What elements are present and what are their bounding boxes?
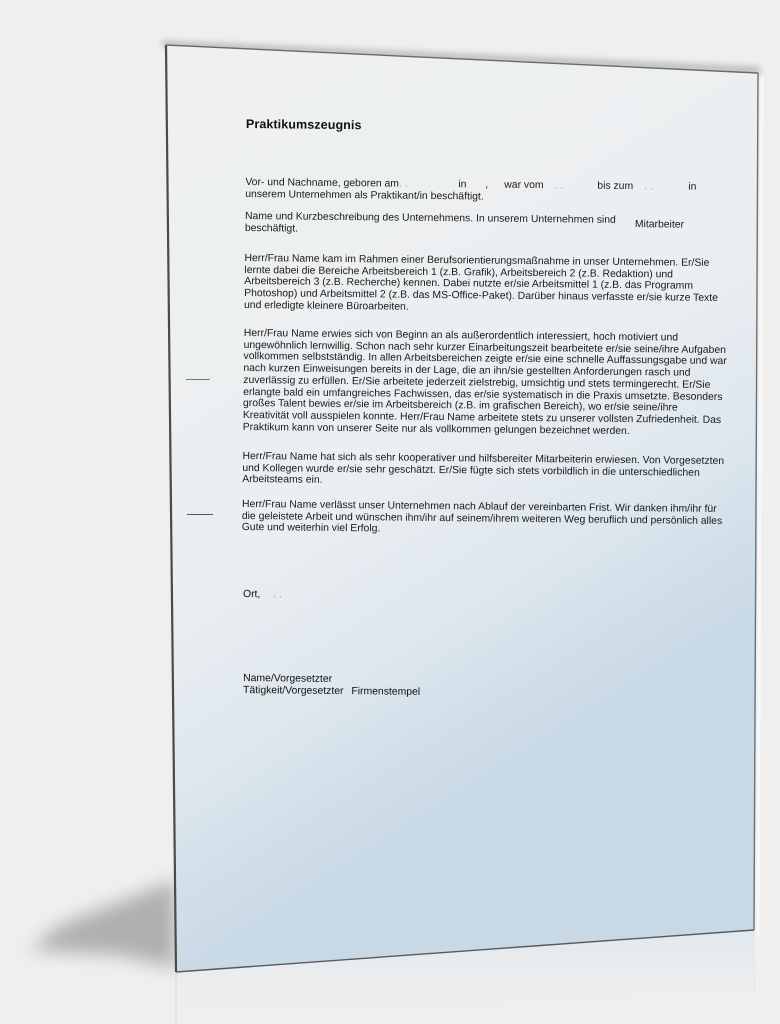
- intro-text-b: in: [458, 179, 466, 191]
- end-date-placeholder: . .: [644, 181, 653, 193]
- intro-text-d: bis zum: [597, 181, 633, 193]
- document-content: Praktikumszeugnis Vor- und Nachname, geb…: [0, 0, 780, 1024]
- document-preview: Praktikumszeugnis Vor- und Nachname, geb…: [0, 0, 780, 1024]
- intro-text-c: war vom: [504, 180, 543, 192]
- social-paragraph: Herr/Frau Name hat sich als sehr koopera…: [242, 451, 704, 491]
- company-paragraph: Name und Kurzbeschreibung des Unternehme…: [245, 211, 707, 239]
- document-title: Praktikumszeugnis: [246, 117, 362, 132]
- date-placeholder: . .: [273, 589, 282, 600]
- supervisor-role: Tätigkeit/Vorgesetzter: [243, 685, 344, 697]
- intro-comma: ,: [485, 180, 488, 192]
- start-date-placeholder: . .: [554, 180, 563, 192]
- place-date-line: Ort, . .: [243, 589, 282, 600]
- place-label: Ort,: [243, 589, 260, 600]
- farewell-paragraph: Herr/Frau Name verlässt unser Unternehme…: [242, 499, 704, 539]
- intro-paragraph: Vor- und Nachname, geboren am . . in , w…: [245, 177, 707, 205]
- fold-mark: [186, 379, 210, 380]
- company-stamp-label: Firmenstempel: [351, 686, 420, 698]
- birth-date-placeholder: . .: [399, 179, 408, 191]
- signature-line-2: Tätigkeit/Vorgesetzter Firmenstempel: [243, 685, 420, 698]
- punch-mark: [187, 514, 213, 515]
- signature-block: Name/Vorgesetzter Tätigkeit/Vorgesetzter…: [243, 673, 420, 698]
- intro-text-e: in: [688, 182, 696, 194]
- performance-paragraph: Herr/Frau Name erwies sich von Beginn an…: [243, 328, 706, 438]
- tasks-paragraph: Herr/Frau Name kam im Rahmen einer Beruf…: [244, 253, 707, 316]
